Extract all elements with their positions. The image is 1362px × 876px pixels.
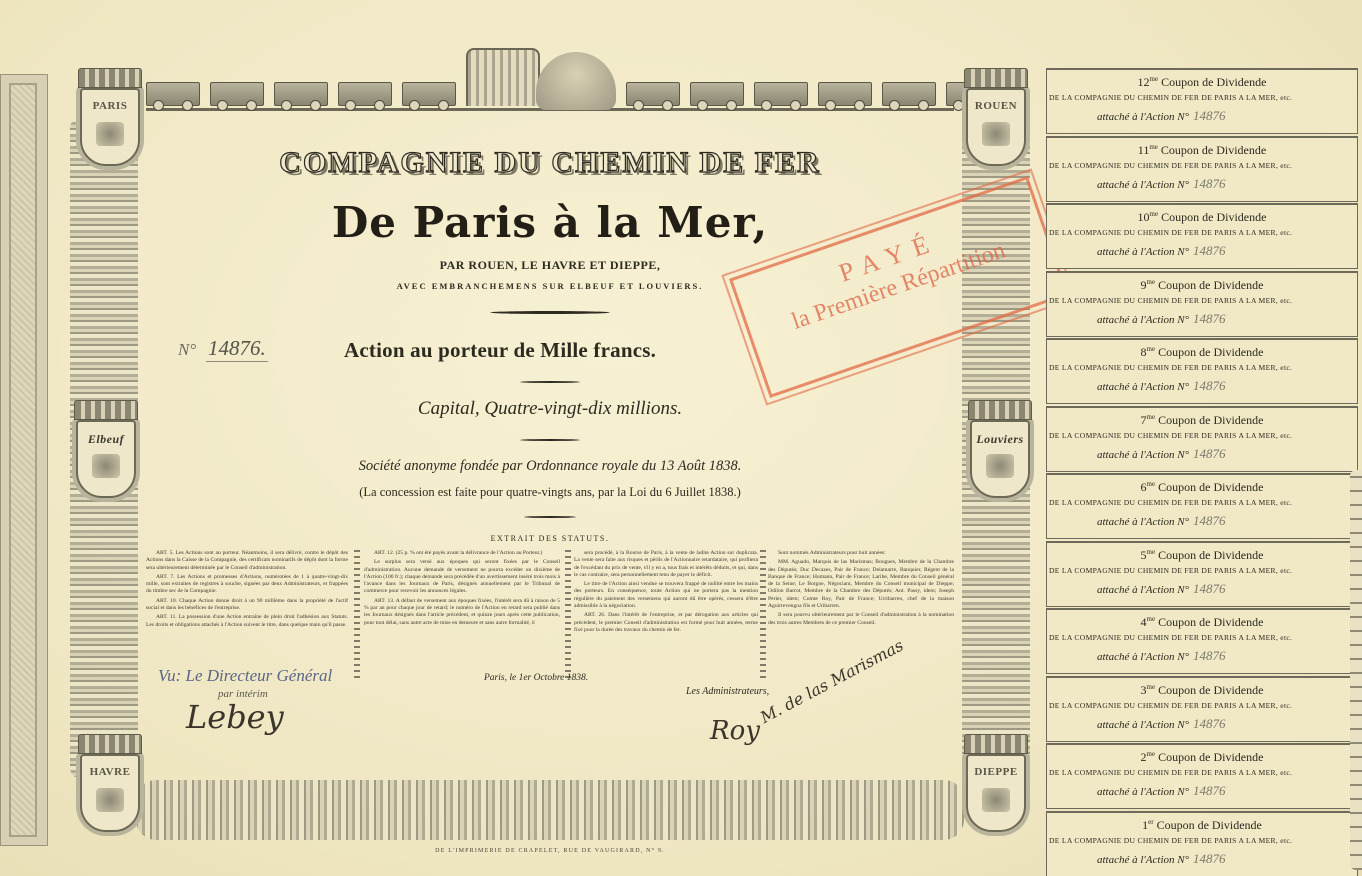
coupon-attached: attaché à l'Action N°14876 (1097, 513, 1226, 529)
administrator-signature-marismas: M. de las Marismas (757, 636, 906, 727)
coupon-attached: attaché à l'Action N°14876 (1097, 716, 1226, 732)
train-wagons-left (146, 70, 456, 106)
concession-note: (La concession est faite pour quatre-vin… (66, 485, 1034, 500)
capital-statement: Capital, Quatre-vingt-dix millions. (66, 398, 1034, 420)
company-title: COMPAGNIE DU CHEMIN DE FER (66, 146, 1034, 180)
column-separator (354, 550, 360, 678)
dividend-coupon: 3me Coupon de Dividende DE LA COMPAGNIE … (1046, 676, 1358, 742)
share-number: 14876. (206, 336, 268, 362)
coupon-company: DE LA COMPAGNIE DU CHEMIN DE FER DE PARI… (1049, 228, 1355, 237)
ornamental-rule (524, 516, 576, 518)
statute-article: ART. 11. La possession d'une Action entr… (146, 614, 348, 629)
coupon-company: DE LA COMPAGNIE DU CHEMIN DE FER DE PARI… (1049, 431, 1355, 440)
dividend-coupons-sheet: 12me Coupon de Dividende DE LA COMPAGNIE… (1046, 68, 1358, 876)
statute-article: ART. 13. A défaut de versement aux époqu… (364, 598, 560, 627)
coupon-title: 1er Coupon de Dividende (1047, 818, 1357, 833)
coupon-attached: attaché à l'Action N°14876 (1097, 783, 1226, 799)
statutes-heading: EXTRAIT DES STATUTS. (66, 534, 1034, 543)
ship-emblem-icon (982, 788, 1010, 812)
wagon-icon (690, 82, 744, 106)
printer-imprint: DE L'IMPRIMERIE DE CRAPELET, RUE DE VAUG… (66, 848, 1034, 854)
dividend-coupon: 9me Coupon de Dividende DE LA COMPAGNIE … (1046, 271, 1358, 337)
coupon-attached: attaché à l'Action N°14876 (1097, 108, 1226, 124)
coupon-company: DE LA COMPAGNIE DU CHEMIN DE FER DE PARI… (1049, 363, 1355, 372)
ornamental-rule (520, 381, 580, 383)
coupon-title: 12me Coupon de Dividende (1047, 75, 1357, 90)
coupon-company: DE LA COMPAGNIE DU CHEMIN DE FER DE PARI… (1049, 566, 1355, 575)
coupon-attached: attaché à l'Action N°14876 (1097, 311, 1226, 327)
coupon-company: DE LA COMPAGNIE DU CHEMIN DE FER DE PARI… (1049, 633, 1355, 642)
coupon-title: 8me Coupon de Dividende (1047, 345, 1357, 360)
coupon-company: DE LA COMPAGNIE DU CHEMIN DE FER DE PARI… (1049, 161, 1355, 170)
mural-crown-icon (964, 68, 1028, 88)
founding-ordinance: Société anonyme fondée par Ordonnance ro… (66, 458, 1034, 475)
waves-emblem-icon (96, 788, 124, 812)
ornamental-rule (490, 311, 610, 314)
statutes-column-4: Sont nommés Administrateurs pour huit an… (768, 550, 954, 629)
ornamental-border-bottom (136, 780, 964, 840)
coupon-company: DE LA COMPAGNIE DU CHEMIN DE FER DE PARI… (1049, 836, 1355, 845)
statute-article: ART. 12. (25 p. % ont été payés avant la… (364, 550, 560, 557)
adjacent-ornament-edge (1350, 470, 1362, 870)
issue-date: Paris, le 1er Octobre 1838. (484, 673, 588, 683)
wagon-icon (146, 82, 200, 106)
statute-article: ART. 7. Les Actions et promesses d'Actio… (146, 574, 348, 596)
mural-crown-icon (78, 734, 142, 754)
station-arch-icon (466, 48, 540, 106)
share-title: Action au porteur de Mille francs. (344, 338, 656, 363)
coupon-company: DE LA COMPAGNIE DU CHEMIN DE FER DE PARI… (1049, 768, 1355, 777)
coupon-title: 11me Coupon de Dividende (1047, 143, 1357, 158)
dividend-coupon: 6me Coupon de Dividende DE LA COMPAGNIE … (1046, 473, 1358, 539)
locomotive-icon (626, 82, 680, 106)
statute-article: ART. 5. Les Actions sont au porteur. Néa… (146, 550, 348, 572)
statute-article: sera procédé, à la Bourse de Paris, à la… (574, 550, 758, 579)
statute-article: ART. 10. Chaque Action donne droit à un … (146, 598, 348, 613)
dividend-coupon: 11me Coupon de Dividende DE LA COMPAGNIE… (1046, 136, 1358, 202)
mural-crown-icon (964, 734, 1028, 754)
statute-article: Il sera pourvu ultérieurement par le Con… (768, 612, 954, 627)
adjacent-certificate-edge (0, 74, 48, 846)
dividend-coupon: 10me Coupon de Dividende DE LA COMPAGNIE… (1046, 203, 1358, 269)
statute-article: Le titre de l'Action ainsi vendue se tro… (574, 581, 758, 610)
coupon-title: 10me Coupon de Dividende (1047, 210, 1357, 225)
adjacent-certificate-border (9, 83, 37, 837)
statute-article: MM. Aguado, Marquis de las Marismas; Bou… (768, 559, 954, 610)
statutes-column-1: ART. 5. Les Actions sont au porteur. Néa… (146, 550, 348, 631)
mural-crown-icon (78, 68, 142, 88)
coupon-title: 5me Coupon de Dividende (1047, 548, 1357, 563)
share-certificate: PARIS ROUEN Elbeuf Louviers HAVRE DIEPPE… (66, 48, 1034, 848)
ornamental-rule (520, 439, 580, 441)
dividend-coupon: 7me Coupon de Dividende DE LA COMPAGNIE … (1046, 406, 1358, 472)
statute-article: ART. 26. Dans l'intérêt de l'entreprise,… (574, 612, 758, 634)
coupon-title: 2me Coupon de Dividende (1047, 750, 1357, 765)
statute-article: Le surplus sera versé aux époques qui se… (364, 559, 560, 595)
share-number-label: N° (178, 340, 196, 360)
wagon-icon (882, 82, 936, 106)
statute-article: Sont nommés Administrateurs pour huit an… (768, 550, 954, 557)
coupon-attached: attaché à l'Action N°14876 (1097, 581, 1226, 597)
train-wagons-right (626, 70, 1000, 106)
coupon-title: 3me Coupon de Dividende (1047, 683, 1357, 698)
coupon-attached: attaché à l'Action N°14876 (1097, 243, 1226, 259)
coupon-title: 9me Coupon de Dividende (1047, 278, 1357, 293)
coupon-title: 7me Coupon de Dividende (1047, 413, 1357, 428)
administrators-label: Les Administrateurs, (686, 686, 769, 697)
coupon-attached: attaché à l'Action N°14876 (1097, 378, 1226, 394)
wagon-icon (274, 82, 328, 106)
coupon-company: DE LA COMPAGNIE DU CHEMIN DE FER DE PARI… (1049, 701, 1355, 710)
director-signature: Lebey (186, 698, 284, 736)
coupon-attached: attaché à l'Action N°14876 (1097, 446, 1226, 462)
dividend-coupon: 1er Coupon de Dividende DE LA COMPAGNIE … (1046, 811, 1358, 876)
dividend-coupon: 4me Coupon de Dividende DE LA COMPAGNIE … (1046, 608, 1358, 674)
coupon-title: 4me Coupon de Dividende (1047, 615, 1357, 630)
wagon-icon (338, 82, 392, 106)
allegorical-figure-icon (536, 52, 616, 110)
administrator-signature-roy: Roy (710, 716, 760, 746)
havre-shield-icon: HAVRE (80, 754, 140, 832)
dividend-coupon: 12me Coupon de Dividende DE LA COMPAGNIE… (1046, 68, 1358, 134)
statutes-column-2: ART. 12. (25 p. % ont été payés avant la… (364, 550, 560, 629)
dieppe-shield-icon: DIEPPE (966, 754, 1026, 832)
dividend-coupon: 5me Coupon de Dividende DE LA COMPAGNIE … (1046, 541, 1358, 607)
dividend-coupon: 2me Coupon de Dividende DE LA COMPAGNIE … (1046, 743, 1358, 809)
column-separator (565, 550, 571, 678)
wagon-icon (210, 82, 264, 106)
wagon-icon (402, 82, 456, 106)
coupon-title: 6me Coupon de Dividende (1047, 480, 1357, 495)
dividend-coupon: 8me Coupon de Dividende DE LA COMPAGNIE … (1046, 338, 1358, 404)
coupon-company: DE LA COMPAGNIE DU CHEMIN DE FER DE PARI… (1049, 93, 1355, 102)
coupon-attached: attaché à l'Action N°14876 (1097, 648, 1226, 664)
column-separator (760, 550, 766, 678)
coupon-attached: attaché à l'Action N°14876 (1097, 176, 1226, 192)
lamb-emblem-icon (982, 122, 1010, 146)
coupon-attached: attaché à l'Action N°14876 (1097, 851, 1226, 867)
director-visa: Vu: Le Directeur Général (158, 666, 332, 686)
wagon-icon (754, 82, 808, 106)
statutes-column-3: sera procédé, à la Bourse de Paris, à la… (574, 550, 758, 636)
wagon-icon (818, 82, 872, 106)
coupon-company: DE LA COMPAGNIE DU CHEMIN DE FER DE PARI… (1049, 296, 1355, 305)
ship-emblem-icon (96, 122, 124, 146)
coupon-company: DE LA COMPAGNIE DU CHEMIN DE FER DE PARI… (1049, 498, 1355, 507)
